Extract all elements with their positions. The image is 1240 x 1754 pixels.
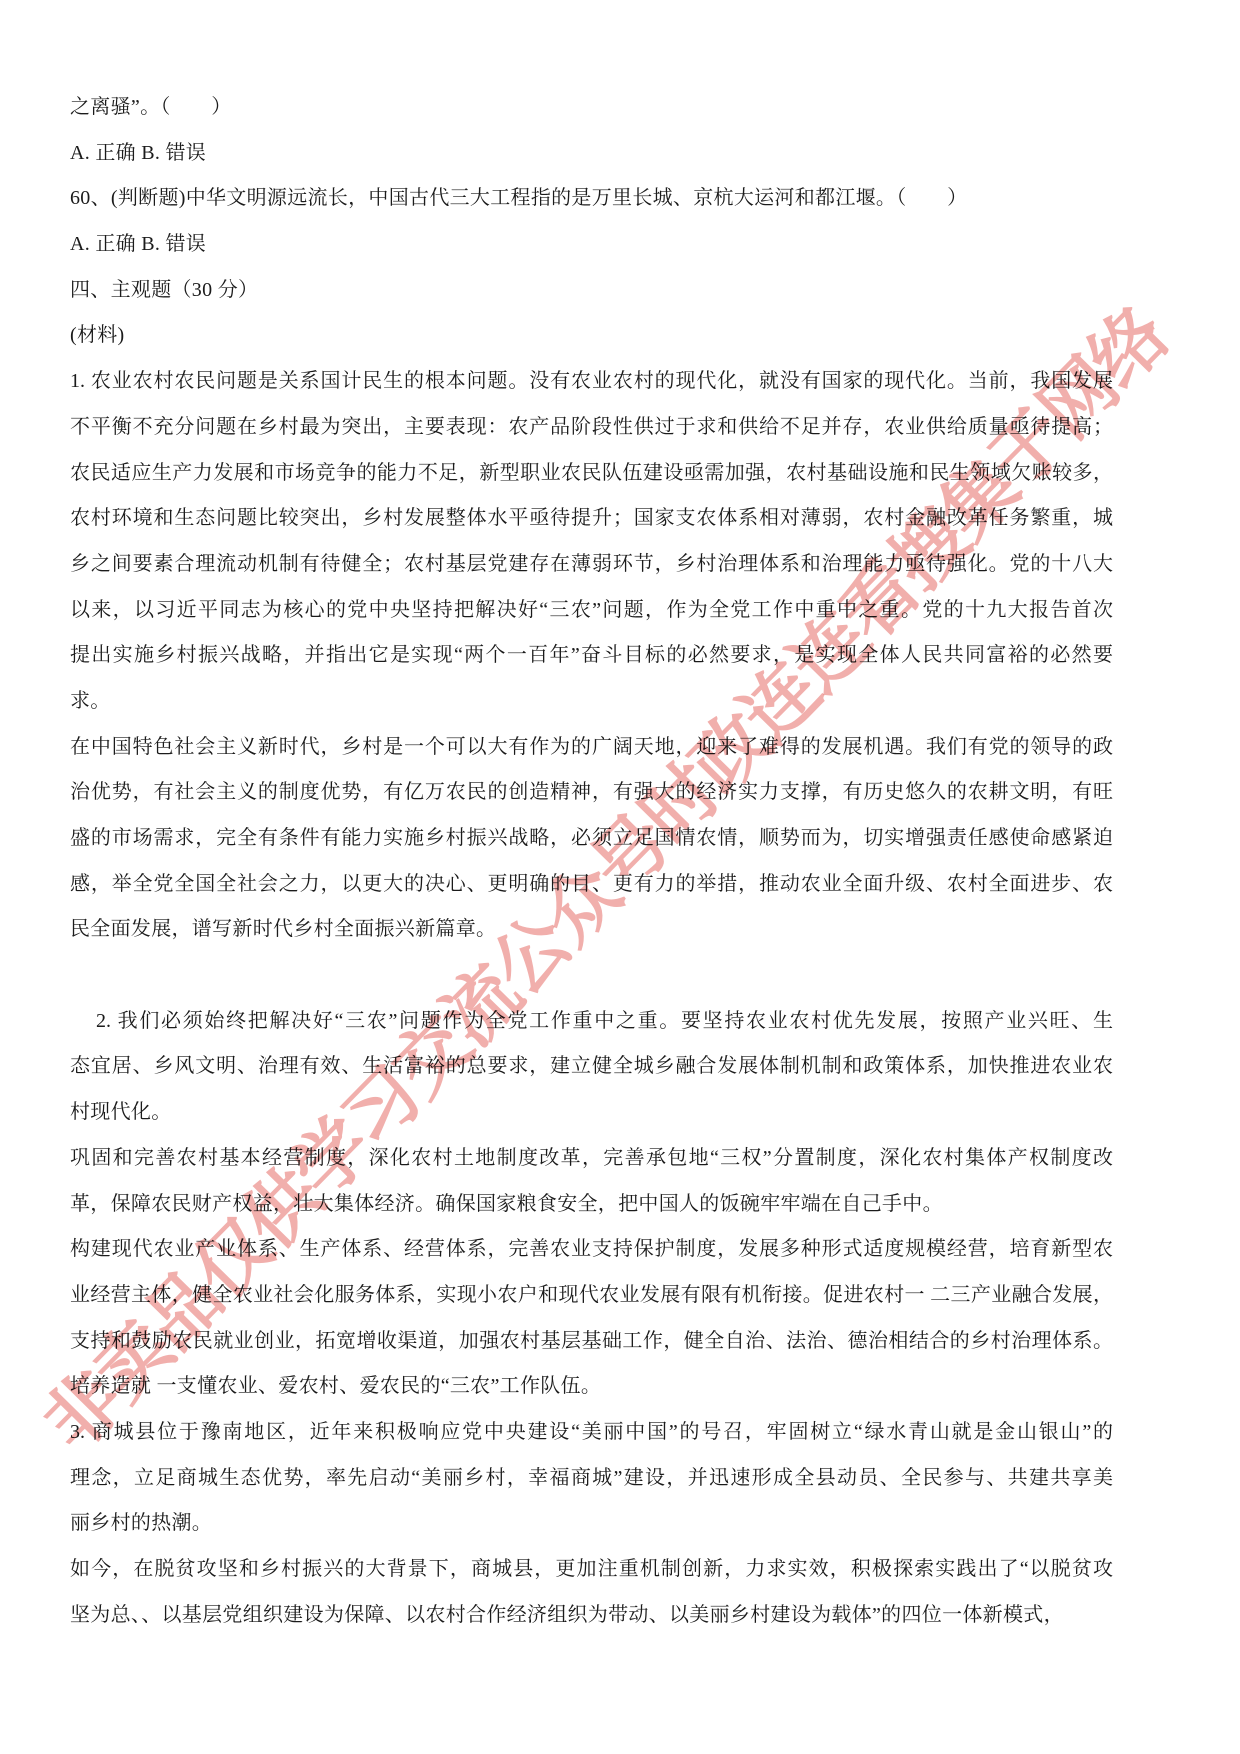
text-line: 在中国特色社会主义新时代，乡村是一个可以大有作为的广阔天地，迎来了难得的发展机遇… xyxy=(70,725,1113,771)
text-line: 丽乡村的热潮。 xyxy=(70,1501,1113,1547)
text-line: 治优势，有社会主义的制度优势，有亿万农民的创造精神，有强大的经济实力支撑，有历史… xyxy=(70,770,1113,816)
text-line: 民全面发展，谱写新时代乡村全面振兴新篇章。 xyxy=(70,907,1113,953)
blank-line xyxy=(70,953,1113,999)
text-line: 农民适应生产力发展和市场竞争的能力不足，新型职业农民队伍建设亟需加强，农村基础设… xyxy=(70,451,1113,497)
text-line: 四、主观题（30 分） xyxy=(70,268,1113,314)
text-line: 理念，立足商城生态优势，率先启动“美丽乡村，幸福商城”建设，并迅速形成全县动员、… xyxy=(70,1456,1113,1502)
text-line: A. 正确 B. 错误 xyxy=(70,131,1113,177)
text-line: 坚为总、、以基层党组织建设为保障、以农村合作经济组织为带动、以美丽乡村建设为载体… xyxy=(70,1593,1113,1639)
text-line: 巩固和完善农村基本经营制度，深化农村土地制度改革，完善承包地“三权”分置制度，深… xyxy=(70,1136,1113,1182)
text-line: 提出实施乡村振兴战略，并指出它是实现“两个一百年”奋斗目标的必然要求，是实现全体… xyxy=(70,633,1113,679)
text-line: 不平衡不充分问题在乡村最为突出，主要表现：农产品阶段性供过于求和供给不足并存，农… xyxy=(70,405,1113,451)
text-line: 村现代化。 xyxy=(70,1090,1113,1136)
text-block: 之离骚”。（ ）A. 正确 B. 错误60、(判断题)中华文明源远流长，中国古代… xyxy=(70,85,1113,1638)
document-page: 非卖品仅供学习交流公众号时政连连看搜集于网络 之离骚”。（ ）A. 正确 B. … xyxy=(0,0,1240,1754)
text-line: 革，保障农民财产权益，壮大集体经济。确保国家粮食安全，把中国人的饭碗牢牢端在自己… xyxy=(70,1182,1113,1228)
text-line: 求。 xyxy=(70,679,1113,725)
text-line: 2. 我们必须始终把解决好“三农”问题作为全党工作重中之重。要坚持农业农村优先发… xyxy=(70,999,1113,1045)
text-line: 如今，在脱贫攻坚和乡村振兴的大背景下，商城县，更加注重机制创新，力求实效，积极探… xyxy=(70,1547,1113,1593)
text-line: (材料) xyxy=(70,313,1113,359)
text-line: 盛的市场需求，完全有条件有能力实施乡村振兴战略，必须立足国情农情，顺势而为，切实… xyxy=(70,816,1113,862)
text-line: 以来，以习近平同志为核心的党中央坚持把解决好“三农”问题，作为全党工作中重中之重… xyxy=(70,588,1113,634)
text-line: 培养造就 一支懂农业、爱农村、爱农民的“三农”工作队伍。 xyxy=(70,1364,1113,1410)
text-line: 之离骚”。（ ） xyxy=(70,85,1113,131)
text-line: 支持和鼓励农民就业创业，拓宽增收渠道，加强农村基层基础工作，健全自治、法治、德治… xyxy=(70,1319,1113,1365)
text-line: 农村环境和生态问题比较突出，乡村发展整体水平亟待提升；国家支农体系相对薄弱，农村… xyxy=(70,496,1113,542)
text-line: 3. 商城县位于豫南地区，近年来积极响应党中央建设“美丽中国”的号召，牢固树立“… xyxy=(70,1410,1113,1456)
text-line: 态宜居、乡风文明、治理有效、生活富裕的总要求，建立健全城乡融合发展体制机制和政策… xyxy=(70,1044,1113,1090)
text-line: 感，举全党全国全社会之力，以更大的决心、更明确的目、更有力的举措，推动农业全面升… xyxy=(70,862,1113,908)
text-line: A. 正确 B. 错误 xyxy=(70,222,1113,268)
text-line: 业经营主体，健全农业社会化服务体系，实现小农户和现代农业发展有限有机衔接。促进农… xyxy=(70,1273,1113,1319)
text-line: 1. 农业农村农民问题是关系国计民生的根本问题。没有农业农村的现代化，就没有国家… xyxy=(70,359,1113,405)
text-line: 乡之间要素合理流动机制有待健全；农村基层党建存在薄弱环节，乡村治理体系和治理能力… xyxy=(70,542,1113,588)
text-line: 60、(判断题)中华文明源远流长，中国古代三大工程指的是万里长城、京杭大运河和都… xyxy=(70,176,1113,222)
text-line: 构建现代农业产业体系、生产体系、经营体系，完善农业支持保护制度，发展多种形式适度… xyxy=(70,1227,1113,1273)
